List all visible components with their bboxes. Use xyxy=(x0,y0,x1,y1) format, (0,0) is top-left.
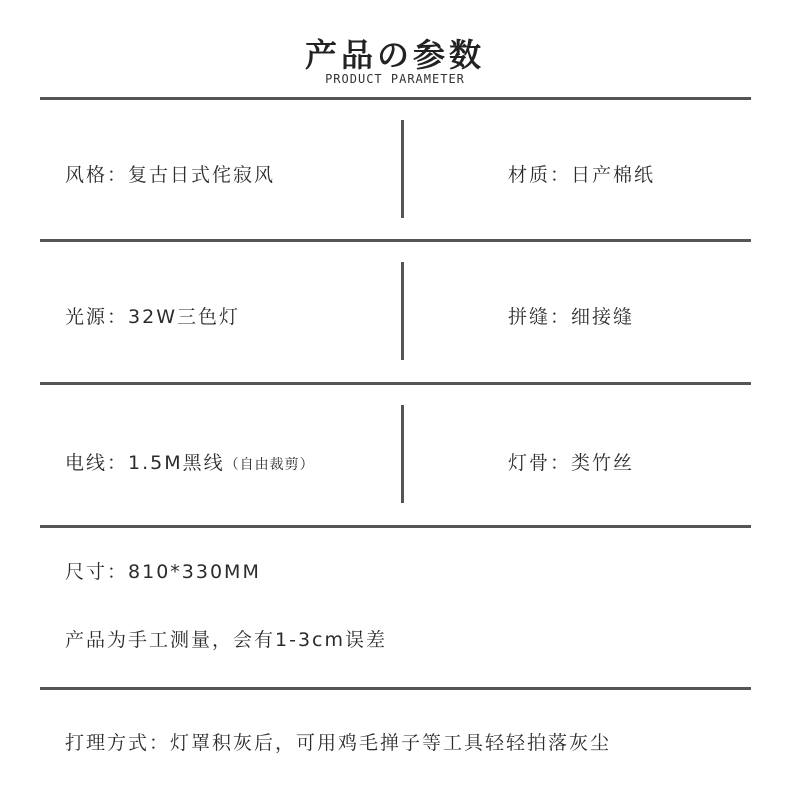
param-frame: 灯骨：类竹丝 xyxy=(508,448,634,475)
param-size: 尺寸：810*330MM xyxy=(65,557,261,584)
param-light-source: 光源：32W三色灯 xyxy=(65,302,240,329)
divider-top xyxy=(40,97,751,100)
param-value: 日产棉纸 xyxy=(571,164,655,186)
param-label: 电线： xyxy=(65,452,128,474)
column-divider xyxy=(401,120,404,218)
divider-row-3 xyxy=(40,525,751,528)
divider-row-4 xyxy=(40,687,751,690)
page-title: 产品の参数 xyxy=(0,30,790,76)
param-material: 材质：日产棉纸 xyxy=(508,160,655,187)
param-value: 810*330MM xyxy=(128,561,261,583)
param-label: 材质： xyxy=(508,164,571,186)
param-label: 灯骨： xyxy=(508,452,571,474)
column-divider xyxy=(401,405,404,503)
param-value: 复古日式侘寂风 xyxy=(128,164,275,186)
param-style: 风格：复古日式侘寂风 xyxy=(65,160,275,187)
param-label: 光源： xyxy=(65,306,128,328)
divider-row-2 xyxy=(40,382,751,385)
column-divider xyxy=(401,262,404,360)
page-subtitle: PRODUCT PARAMETER xyxy=(0,72,790,86)
param-care: 打理方式：灯罩积灰后，可用鸡毛掸子等工具轻轻拍落灰尘 xyxy=(65,728,611,755)
param-label: 风格： xyxy=(65,164,128,186)
param-label: 拼缝： xyxy=(508,306,571,328)
param-label: 打理方式： xyxy=(65,732,170,754)
divider-row-1 xyxy=(40,239,751,242)
param-value: 32W三色灯 xyxy=(128,306,240,328)
size-note: 产品为手工测量，会有1-3cm误差 xyxy=(65,625,387,652)
param-value: 类竹丝 xyxy=(571,452,634,474)
param-value: 1.5M黑线 xyxy=(128,452,225,474)
param-label: 尺寸： xyxy=(65,561,128,583)
param-value: 细接缝 xyxy=(571,306,634,328)
param-note: （自由裁剪） xyxy=(225,457,315,473)
param-seam: 拼缝：细接缝 xyxy=(508,302,634,329)
param-value: 灯罩积灰后，可用鸡毛掸子等工具轻轻拍落灰尘 xyxy=(170,732,611,754)
param-wire: 电线：1.5M黑线（自由裁剪） xyxy=(65,448,315,475)
